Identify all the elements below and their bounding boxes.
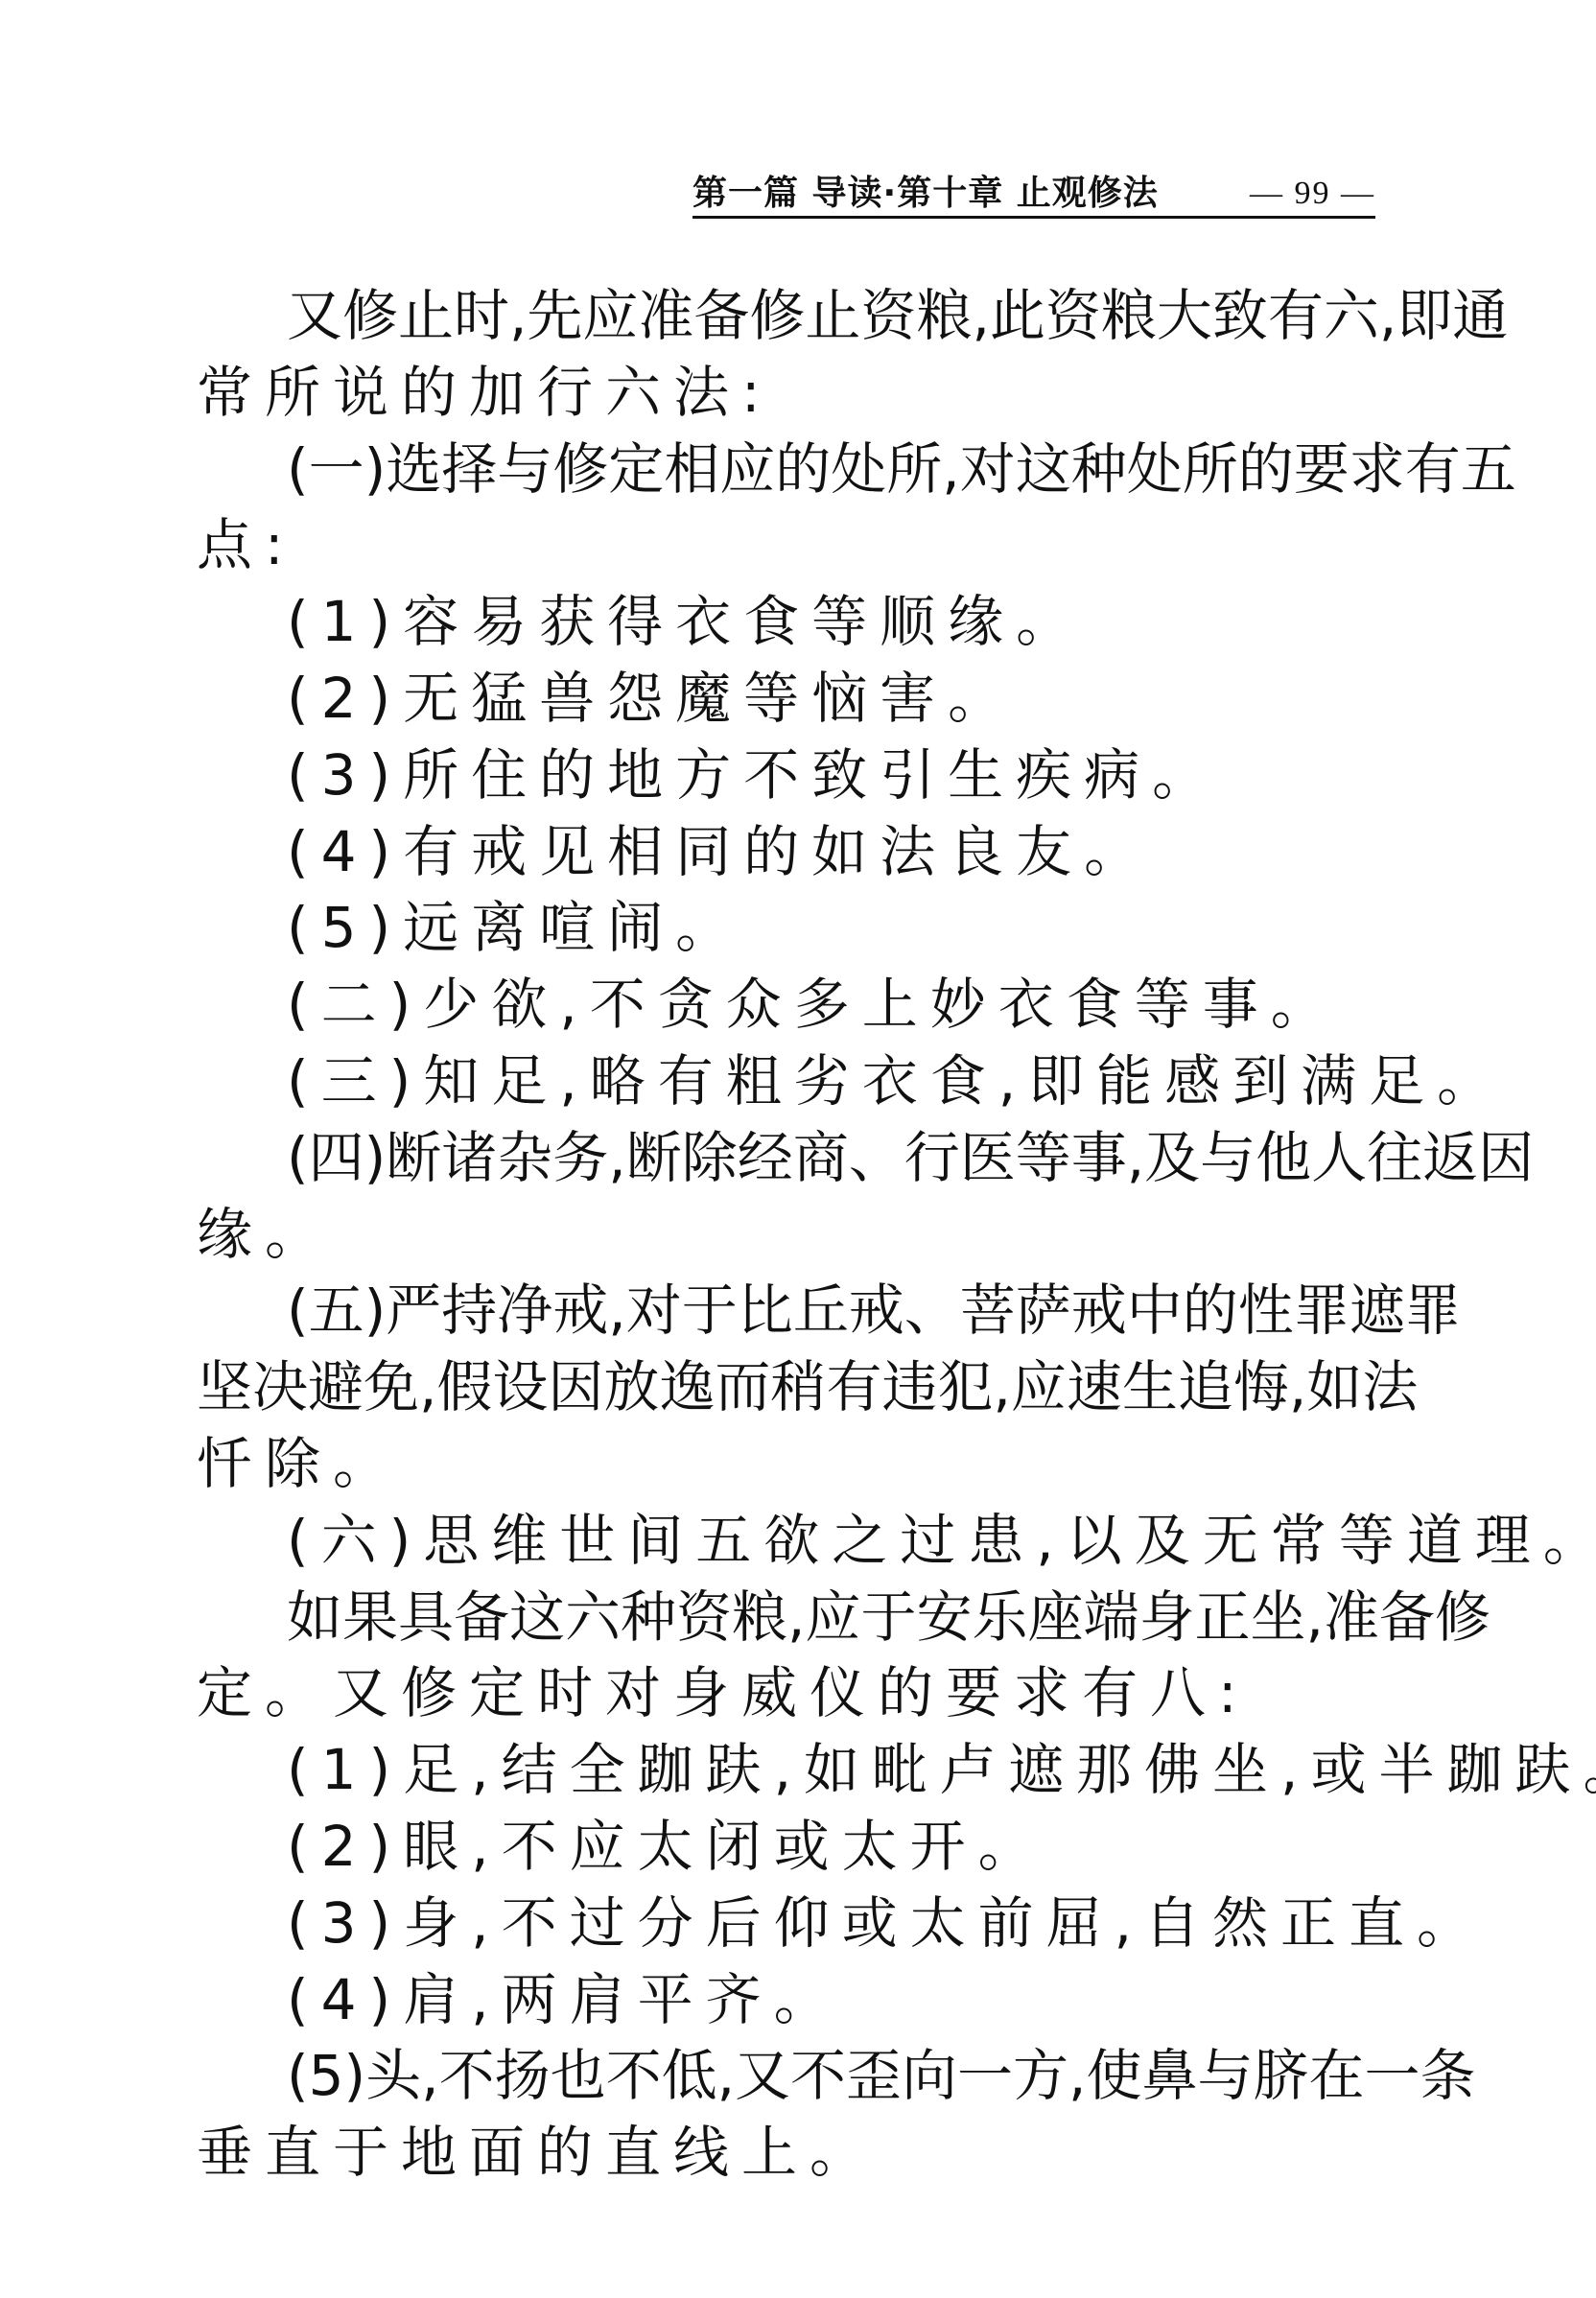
list-item: (5)远离喧闹。 [197, 890, 1376, 967]
text-line: (四)断诸杂务,断除经商、行医等事,及与他人往返因 [197, 1120, 1376, 1197]
text-line: (五)严持净戒,对于比丘戒、菩萨戒中的性罪遮罪 [197, 1273, 1376, 1349]
list-item: (4)有戒见相同的如法良友。 [197, 814, 1376, 891]
text-line: 点: [197, 507, 1376, 584]
text-line: (二)少欲,不贪众多上妙衣食等事。 [197, 967, 1376, 1043]
list-item: (1)容易获得衣食等顺缘。 [197, 584, 1376, 661]
list-item: (3)所住的地方不致引生疾病。 [197, 738, 1376, 814]
text-line: (三)知足,略有粗劣衣食,即能感到满足。 [197, 1043, 1376, 1120]
list-item: (4)肩,两肩平齐。 [197, 1962, 1376, 2039]
text-line: 又修止时,先应准备修止资粮,此资粮大致有六,即通 [197, 278, 1376, 355]
text-line: 定。又修定时对身威仪的要求有八: [197, 1655, 1376, 1732]
text-line: 垂直于地面的直线上。 [197, 2115, 1376, 2192]
list-item: (2)无猛兽怨魔等恼害。 [197, 661, 1376, 738]
text-line: 忏除。 [197, 1426, 1376, 1503]
running-header: 第一篇 导读·第十章 止观修法 — 99 — [692, 173, 1375, 215]
text-line: 坚决避免,假设因放逸而稍有违犯,应速生追悔,如法 [197, 1349, 1376, 1426]
list-item: (5)头,不扬也不低,又不歪向一方,使鼻与脐在一条 [197, 2038, 1376, 2115]
chapter-title: 第一篇 导读·第十章 止观修法 [692, 173, 1159, 215]
text-line: (一)选择与修定相应的处所,对这种处所的要求有五 [197, 432, 1376, 508]
text-line: (六)思维世间五欲之过患,以及无常等道理。 [197, 1503, 1376, 1580]
list-item: (3)身,不过分后仰或太前屈,自然正直。 [197, 1886, 1376, 1962]
list-item: (1)足,结全跏趺,如毗卢遮那佛坐,或半跏趺。 [197, 1732, 1376, 1809]
text-line: 常所说的加行六法: [197, 355, 1376, 432]
text-line: 缘。 [197, 1197, 1376, 1274]
list-item: (2)眼,不应太闭或太开。 [197, 1809, 1376, 1886]
page-number: — 99 — [1250, 173, 1375, 215]
body-text: 又修止时,先应准备修止资粮,此资粮大致有六,即通 常所说的加行六法: (一)选择… [197, 278, 1376, 2192]
text-line: 如果具备这六种资粮,应于安乐座端身正坐,准备修 [197, 1580, 1376, 1656]
header-rule [692, 216, 1375, 219]
